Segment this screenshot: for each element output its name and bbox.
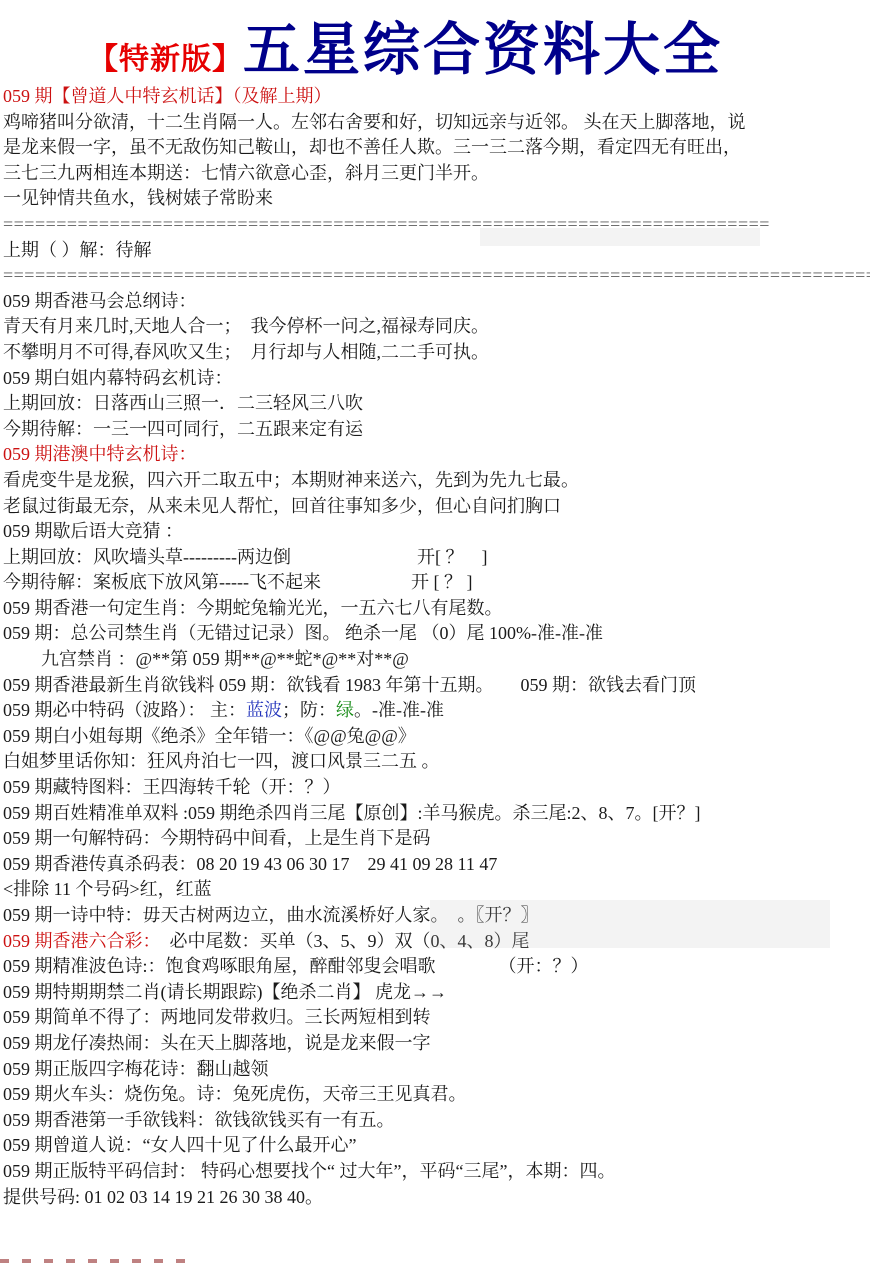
text-segment: 老鼠过街最无奈，从来未见人帮忙，回首往事知多少，但心自问扪胸口 <box>3 496 561 516</box>
text-line: 059 期精准波色诗:：饱食鸡啄眼角屋，醉酣邻叟会唱歌 （开：？） <box>3 954 870 980</box>
text-segment: 提供号码: 01 02 03 14 19 21 26 30 38 40。 <box>3 1187 323 1207</box>
text-line: 059 期简单不得了：两地同发带救归。三长两短相到转 <box>3 1005 870 1031</box>
text-line: 今期待解：一三一四可同行，二五跟来定有运 <box>3 417 870 443</box>
text-segment: 059 期精准波色诗:：饱食鸡啄眼角屋，醉酣邻叟会唱歌 （开：？） <box>3 956 589 976</box>
text-segment: ========================================… <box>3 214 770 234</box>
text-line: 今期待解：案板底下放风第-----飞不起来 开 [ ？ ] <box>3 570 870 596</box>
text-segment: 059 期百姓精准单双料 :059 期绝杀四肖三尾【原创】:羊马猴虎。杀三尾:2… <box>3 803 701 823</box>
text-segment: 059 期正版四字梅花诗：翻山越领 <box>3 1059 269 1079</box>
text-segment: 蓝波 <box>246 700 282 720</box>
cropped-red-text-remnant <box>0 1259 190 1263</box>
text-segment: 059 期白姐内幕特码玄机诗： <box>3 368 233 388</box>
text-segment: 059 期香港最新生肖欲钱料 059 期：欲钱看 1983 年第十五期。 059… <box>3 675 696 695</box>
text-line: 三七三九两相连本期送：七情六欲意心歪，斜月三更门半开。 <box>3 161 870 187</box>
text-line: 提供号码: 01 02 03 14 19 21 26 30 38 40。 <box>3 1185 870 1211</box>
text-line: 059 期藏特图料：王四海转千轮（开：？） <box>3 775 870 801</box>
text-line: 059 期歇后语大竞猜 ： <box>3 519 870 545</box>
text-segment: 不攀明月不可得,春风吹又生； 月行却与人相随,二二手可执。 <box>3 342 489 362</box>
text-line: 一见钟情共鱼水，钱树婊子常盼来 <box>3 186 870 212</box>
text-line: 059 期特期期禁二肖(请长期跟踪)【绝杀二肖】 虎龙→→ <box>3 980 870 1006</box>
text-segment: 上期回放：日落西山三照一．二三轻风三八吹 <box>3 393 363 413</box>
text-line: 看虎变牛是龙猴，四六开二取五中；本期财神来送六，先到为先九七最。 <box>3 468 870 494</box>
text-segment: 一见钟情共鱼水，钱树婊子常盼来 <box>3 188 273 208</box>
text-line: 059 期港澳中特玄机诗： <box>3 442 870 468</box>
text-line: 白姐梦里话你知：狂风舟泊七一四，渡口风景三二五 。 <box>3 749 870 775</box>
text-segment: 今期待解：一三一四可同行，二五跟来定有运 <box>3 419 363 439</box>
text-line: 059 期：总公司禁生肖（无错过记录）图。 绝杀一尾 （0）尾 100%-准-准… <box>3 621 870 647</box>
text-line: 059 期香港一句定生肖：今期蛇兔输光光，一五六七八有尾数。 <box>3 596 870 622</box>
text-line: 059 期龙仔凑热闹：头在天上脚落地，说是龙来假一字 <box>3 1031 870 1057</box>
text-segment: 今期待解：案板底下放风第-----飞不起来 开 [ ？ ] <box>3 572 472 592</box>
text-line: 059 期火车头：烧伤兔。诗：兔死虎伤，天帝三王见真君。 <box>3 1082 870 1108</box>
text-segment: 059 期歇后语大竞猜 ： <box>3 521 183 541</box>
text-line: 上期（ ）解：待解 <box>3 238 870 264</box>
text-segment: 059 期一诗中特：毋天古树两边立，曲水流溪桥好人家。 。〖开？〗 <box>3 905 539 925</box>
text-segment: 059 期曾道人说：“女人四十见了什么最开心” <box>3 1135 356 1155</box>
text-segment: 白姐梦里话你知：狂风舟泊七一四，渡口风景三二五 。 <box>3 751 440 771</box>
text-segment: 059 期香港六合彩： <box>3 931 152 951</box>
text-segment: 上期回放：风吹墙头草---------两边倒 开[ ？ ] <box>3 547 487 567</box>
text-segment: 三七三九两相连本期送：七情六欲意心歪，斜月三更门半开。 <box>3 163 489 183</box>
document-page: 【特新版】五星综合资料大全 059 期【曾道人中特玄机话】（及解上期）鸡啼猪叫分… <box>0 0 870 1263</box>
text-line: 059 期香港第一手欲钱料：欲钱欲钱买有一有五。 <box>3 1108 870 1134</box>
text-line: 鸡啼猪叫分欲清，十二生肖隔一人。左邻右舍要和好，切知远亲与近邻。 头在天上脚落地… <box>3 110 870 136</box>
text-segment: 059 期藏特图料：王四海转千轮（开：？） <box>3 777 341 797</box>
text-line: 青天有月来几时,天地人合一； 我今停杯一问之,福禄寿同庆。 <box>3 314 870 340</box>
text-line: 059 期香港传真杀码表：08 20 19 43 06 30 17 29 41 … <box>3 852 870 878</box>
text-line: 059 期白小姐每期《绝杀》全年错一：《@@兔@@》 <box>3 724 870 750</box>
text-segment: 青天有月来几时,天地人合一； 我今停杯一问之,福禄寿同庆。 <box>3 316 489 336</box>
text-line: 059 期【曾道人中特玄机话】（及解上期） <box>3 84 870 110</box>
text-line: 059 期曾道人说：“女人四十见了什么最开心” <box>3 1133 870 1159</box>
text-line: 059 期白姐内幕特码玄机诗： <box>3 366 870 392</box>
text-segment: 059 期港澳中特玄机诗： <box>3 444 197 464</box>
text-segment: 。-准-准-准 <box>354 700 444 720</box>
text-line: 上期回放：风吹墙头草---------两边倒 开[ ？ ] <box>3 545 870 571</box>
text-segment: 059 期一句解特码：今期特码中间看，上是生肖下是码 <box>3 828 431 848</box>
title-bar: 【特新版】五星综合资料大全 <box>0 0 870 84</box>
text-line: 不攀明月不可得,春风吹又生； 月行却与人相随,二二手可执。 <box>3 340 870 366</box>
text-segment: 059 期必中特码（波路）： 主： <box>3 700 246 720</box>
text-segment: 鸡啼猪叫分欲清，十二生肖隔一人。左邻右舍要和好，切知远亲与近邻。 头在天上脚落地… <box>3 112 746 132</box>
text-segment: 059 期香港马会总纲诗： <box>3 291 197 311</box>
text-segment: 九宫禁肖 ：@**第 059 期**@**蛇*@**对**@ <box>41 649 409 669</box>
text-line: ========================================… <box>3 212 870 238</box>
text-segment: 绿 <box>336 700 354 720</box>
edition-badge: 【特新版】 <box>88 43 243 76</box>
text-line: 059 期一句解特码：今期特码中间看，上是生肖下是码 <box>3 826 870 852</box>
text-line: 上期回放：日落西山三照一．二三轻风三八吹 <box>3 391 870 417</box>
text-segment: 059 期：总公司禁生肖（无错过记录）图。 绝杀一尾 （0）尾 100%-准-准… <box>3 623 603 643</box>
text-line: 059 期一诗中特：毋天古树两边立，曲水流溪桥好人家。 。〖开？〗 <box>3 903 870 929</box>
text-line: 059 期香港六合彩： 必中尾数：买单（3、5、9）双（0、4、8）尾 <box>3 929 870 955</box>
text-line: <排除 11 个号码>红，红蓝 <box>3 877 870 903</box>
text-segment: ========================================… <box>3 265 870 285</box>
text-segment: 059 期香港一句定生肖：今期蛇兔输光光，一五六七八有尾数。 <box>3 598 503 618</box>
text-segment: 059 期白小姐每期《绝杀》全年错一：《@@兔@@》 <box>3 726 416 746</box>
text-segment: ；防： <box>282 700 336 720</box>
text-segment: 059 期【曾道人中特玄机话】（及解上期） <box>3 86 332 106</box>
page-title: 五星综合资料大全 <box>243 19 723 82</box>
text-line: 059 期正版特平码信封： 特码心想要找个“ 过大年”，平码“三尾”，本期：四。 <box>3 1159 870 1185</box>
text-line: ========================================… <box>3 263 870 289</box>
text-line: 059 期香港马会总纲诗： <box>3 289 870 315</box>
text-segment: 059 期特期期禁二肖(请长期跟踪)【绝杀二肖】 虎龙→→ <box>3 982 447 1002</box>
text-line: 059 期必中特码（波路）： 主：蓝波；防：绿。-准-准-准 <box>3 698 870 724</box>
content-lines: 059 期【曾道人中特玄机话】（及解上期）鸡啼猪叫分欲清，十二生肖隔一人。左邻右… <box>0 84 870 1210</box>
text-line: 老鼠过街最无奈，从来未见人帮忙，回首往事知多少，但心自问扪胸口 <box>3 494 870 520</box>
text-segment: 059 期香港传真杀码表：08 20 19 43 06 30 17 29 41 … <box>3 854 497 874</box>
text-segment: 是龙来假一字，虽不无敌伤知己鞍山，却也不善任人欺。三一三二落今期，看定四无有旺出… <box>3 137 741 157</box>
text-segment: 059 期龙仔凑热闹：头在天上脚落地，说是龙来假一字 <box>3 1033 431 1053</box>
text-segment: <排除 11 个号码>红，红蓝 <box>3 879 212 899</box>
text-line: 059 期百姓精准单双料 :059 期绝杀四肖三尾【原创】:羊马猴虎。杀三尾:2… <box>3 801 870 827</box>
text-segment: 上期（ ）解：待解 <box>3 240 152 260</box>
text-segment: 看虎变牛是龙猴，四六开二取五中；本期财神来送六，先到为先九七最。 <box>3 470 579 490</box>
text-segment: 必中尾数：买单（3、5、9）双（0、4、8）尾 <box>152 931 530 951</box>
text-line: 059 期香港最新生肖欲钱料 059 期：欲钱看 1983 年第十五期。 059… <box>3 673 870 699</box>
text-line: 九宫禁肖 ：@**第 059 期**@**蛇*@**对**@ <box>3 647 870 673</box>
text-segment: 059 期香港第一手欲钱料：欲钱欲钱买有一有五。 <box>3 1110 395 1130</box>
text-segment: 059 期火车头：烧伤兔。诗：兔死虎伤，天帝三王见真君。 <box>3 1084 467 1104</box>
text-line: 059 期正版四字梅花诗：翻山越领 <box>3 1057 870 1083</box>
text-segment: 059 期正版特平码信封： 特码心想要找个“ 过大年”，平码“三尾”，本期：四。 <box>3 1161 615 1181</box>
text-segment: 059 期简单不得了：两地同发带救归。三长两短相到转 <box>3 1007 431 1027</box>
text-line: 是龙来假一字，虽不无敌伤知己鞍山，却也不善任人欺。三一三二落今期，看定四无有旺出… <box>3 135 870 161</box>
